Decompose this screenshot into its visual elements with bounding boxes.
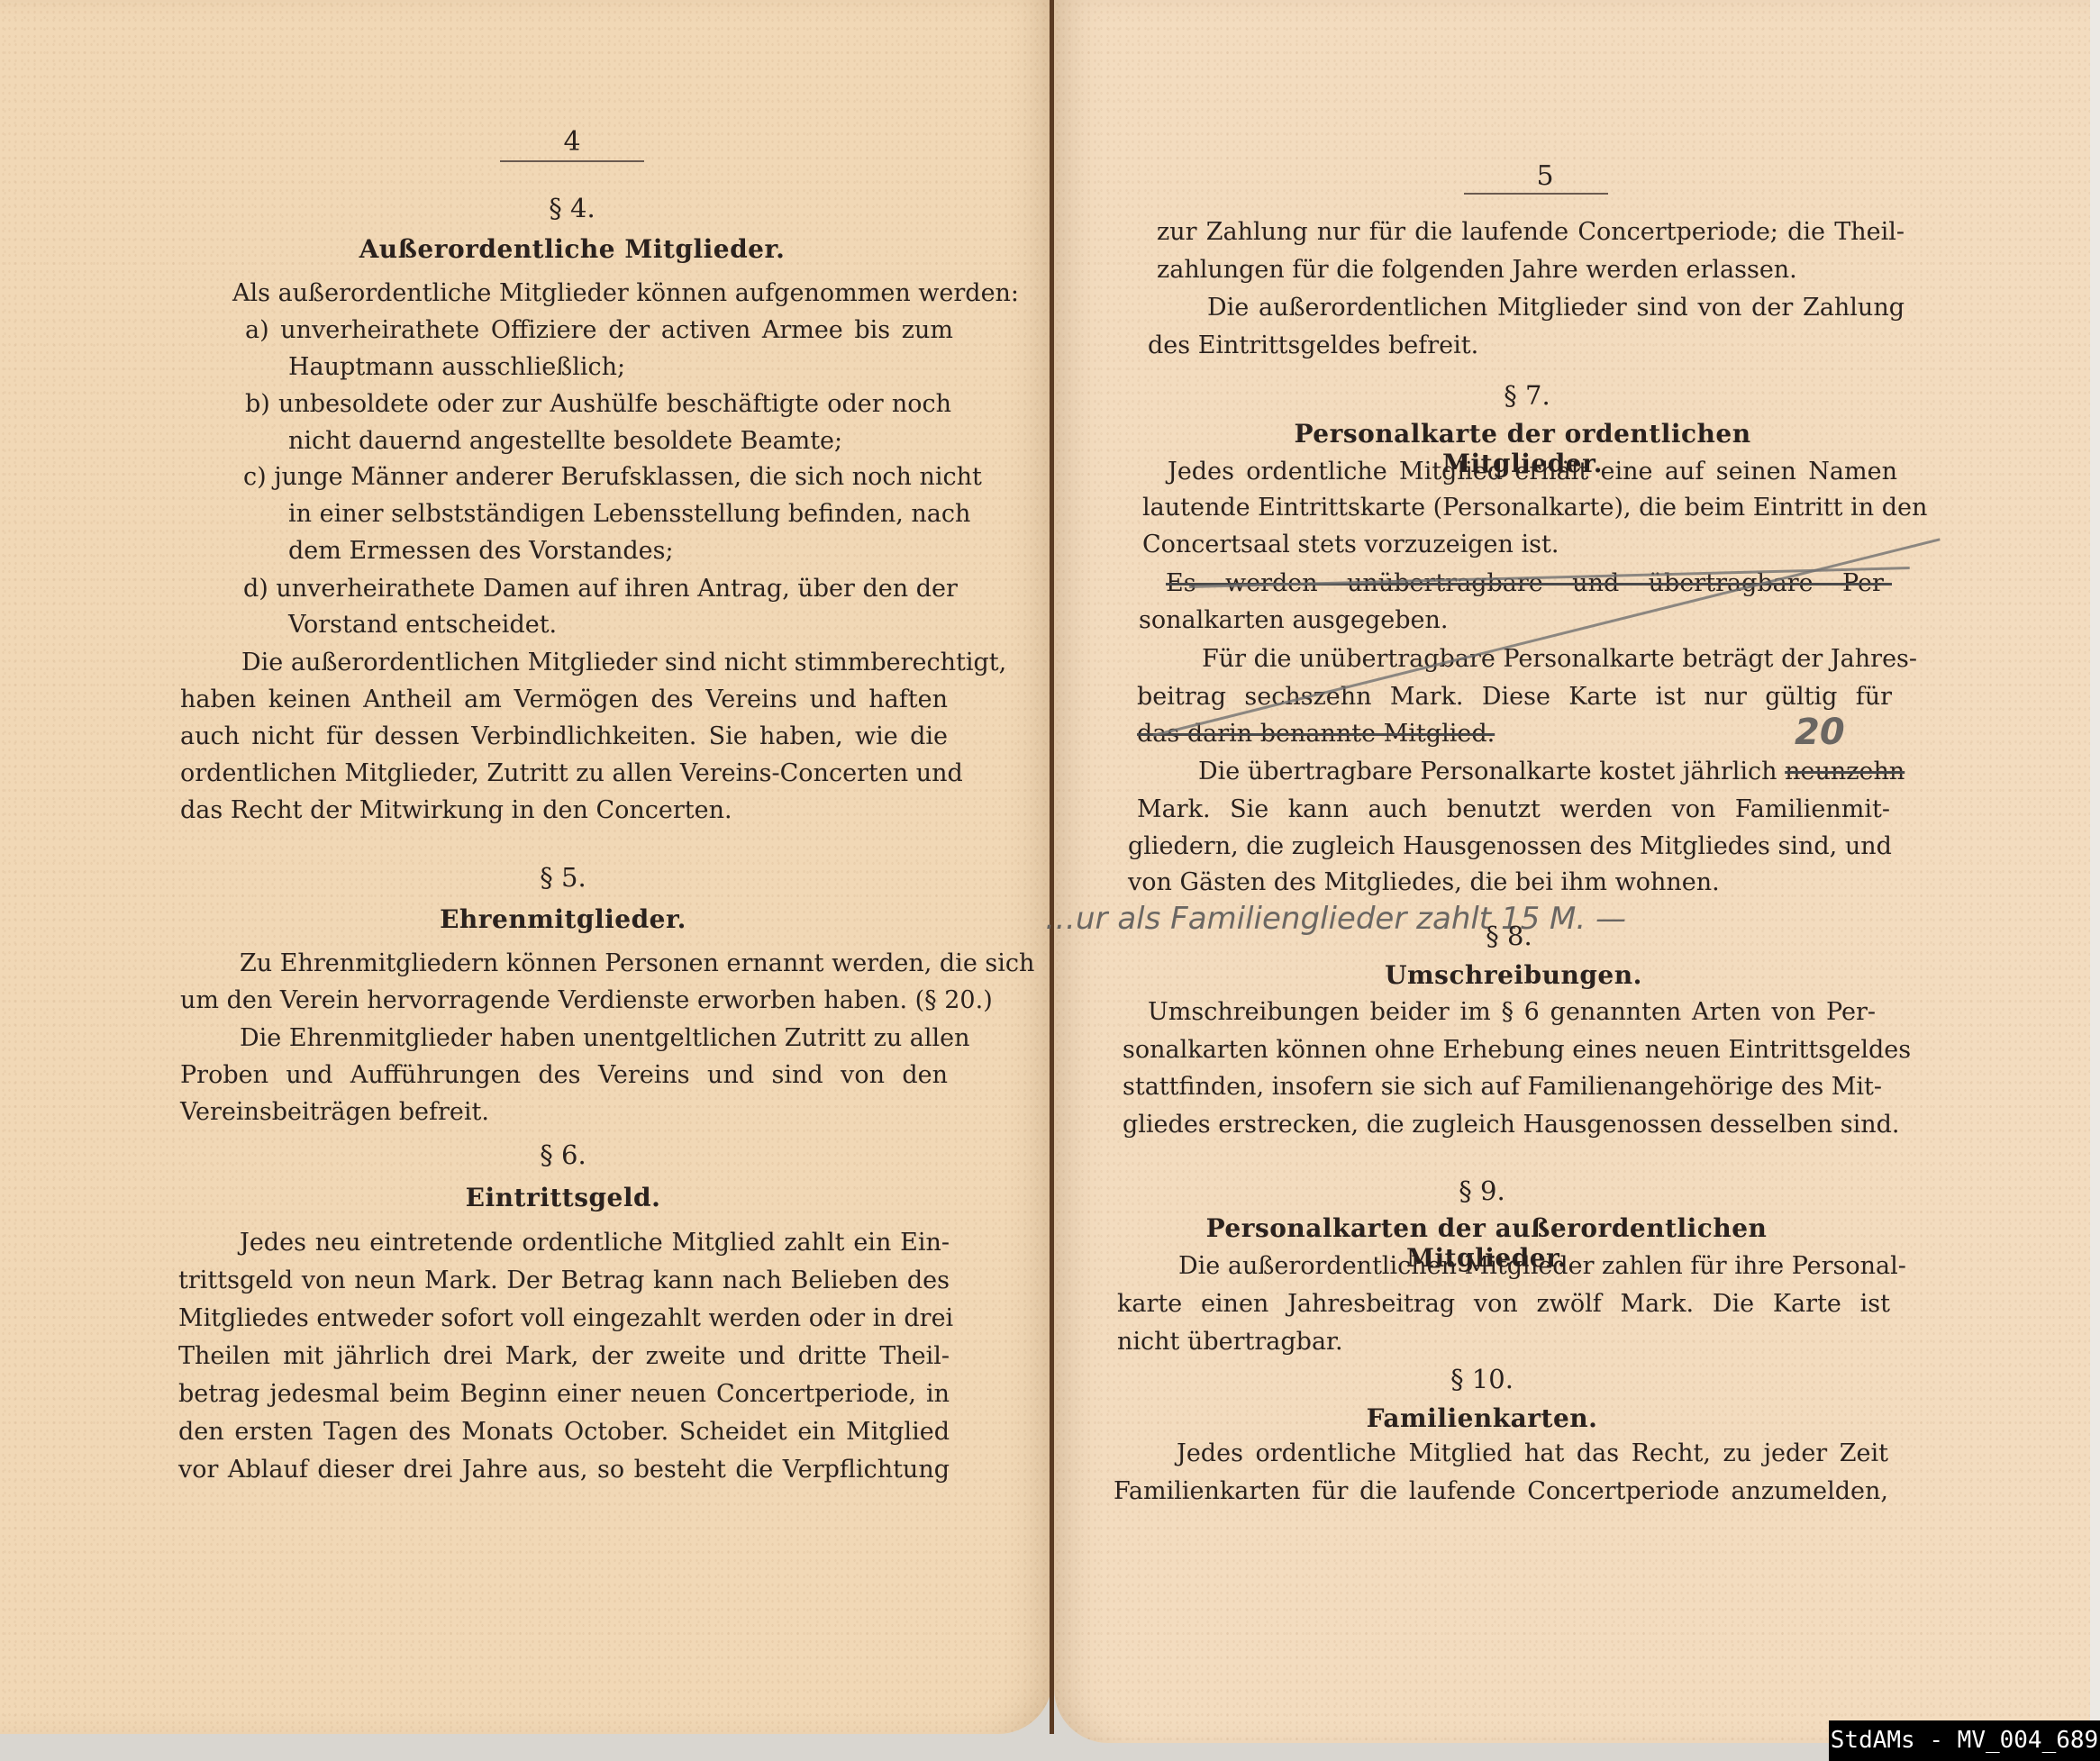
section-number: § 5.	[495, 862, 631, 893]
text-line: c) junge Männer anderer Berufsklassen, d…	[243, 465, 951, 489]
text-line: dem Ermessen des Vorstandes;	[288, 539, 674, 563]
text-line: von Gästen des Mitgliedes, die bei ihm w…	[1128, 870, 1720, 894]
text-line: Die außerordentlichen Mitglieder sind vo…	[1207, 295, 1905, 320]
section-title: Ehrenmitglieder.	[360, 904, 766, 934]
section-number: § 9.	[1414, 1176, 1550, 1206]
section-title: Familienkarten.	[1297, 1403, 1667, 1433]
text-line: Für die unübertragbare Personalkarte bet…	[1202, 647, 1892, 671]
section-number: § 4.	[505, 193, 640, 223]
section-number: § 6.	[495, 1139, 631, 1170]
page-number-left: 4	[505, 126, 640, 158]
text-line: Jedes ordentliche Mitglied hat das Recht…	[1177, 1441, 1888, 1466]
text-line: nicht dauernd angestellte besoldete Beam…	[288, 429, 842, 453]
section-number: § 7.	[1459, 380, 1595, 411]
text-line: Die außerordentlichen Mitglieder zahlen …	[1178, 1254, 1890, 1278]
handwritten-correction: 20	[1795, 712, 1845, 753]
text-line: ordentlichen Mitglieder, Zutritt zu alle…	[180, 761, 948, 785]
page-number-rule-left	[500, 160, 644, 162]
text-line: d) unverheirathete Damen auf ihren Antra…	[243, 576, 951, 601]
text-line: des Eintrittsgeldes befreit.	[1148, 333, 1478, 358]
text-line: Theilen mit jährlich drei Mark, der zwei…	[178, 1344, 950, 1368]
section-number: § 10.	[1414, 1364, 1550, 1394]
section-title: Umschreibungen.	[1333, 960, 1694, 990]
text-line: Proben und Aufführungen des Vereins und …	[180, 1063, 948, 1087]
text-line: sonalkarten können ohne Erhebung eines n…	[1123, 1038, 1876, 1062]
text-line: Jedes neu eintretende ordentliche Mitgli…	[240, 1230, 950, 1255]
text-line: karte einen Jahresbeitrag von zwölf Mark…	[1117, 1292, 1890, 1316]
text-line: Concertsaal stets vorzuzeigen ist.	[1142, 532, 1559, 557]
text-line: Vorstand entscheidet.	[288, 613, 557, 637]
text-line: stattfinden, insofern sie sich auf Famil…	[1123, 1075, 1876, 1099]
text-line: gliedes erstrecken, die zugleich Hausgen…	[1123, 1112, 1899, 1137]
text-line: Die Ehrenmitglieder haben unentgeltliche…	[240, 1026, 948, 1050]
section-title: Außerordentliche Mitglieder.	[270, 234, 874, 264]
archive-watermark-label: StdAMs - MV_004_689	[1829, 1720, 2100, 1761]
text-line: Hauptmann ausschließlich;	[288, 355, 625, 379]
text-line: vor Ablauf dieser drei Jahre aus, so bes…	[178, 1457, 950, 1482]
text-line: b) unbesoldete oder zur Aushülfe beschäf…	[245, 392, 951, 416]
text-line: beitrag sechszehn Mark. Diese Karte ist …	[1137, 685, 1892, 709]
text-line: sonalkarten ausgegeben.	[1139, 608, 1449, 632]
text-line: gliedern, die zugleich Hausgenossen des …	[1128, 834, 1885, 858]
text-line: in einer selbstständigen Lebensstellung …	[288, 502, 950, 526]
text-line: betrag jedesmal beim Beginn einer neuen …	[178, 1382, 950, 1406]
text-segment: Die übertragbare Personalkarte kostet jä…	[1198, 758, 1785, 785]
text-line: Umschreibungen beider im § 6 genannten A…	[1148, 1000, 1876, 1024]
text-line: zur Zahlung nur für die laufende Concert…	[1157, 220, 1905, 244]
book-spine	[1050, 0, 1054, 1734]
text-line: Als außerordentliche Mitglieder können a…	[232, 281, 953, 305]
text-line: das Recht der Mitwirkung in den Concerte…	[180, 798, 732, 822]
page-number-rule-right	[1464, 193, 1608, 195]
text-line: Die übertragbare Personalkarte kostet jä…	[1198, 759, 1905, 784]
text-line: a) unverheirathete Offiziere der activen…	[245, 318, 953, 342]
text-line: den ersten Tagen des Monats October. Sch…	[178, 1420, 950, 1444]
text-line: Jedes ordentliche Mitglied erhält eine a…	[1168, 459, 1897, 484]
text-line: Mark. Sie kann auch benutzt werden von F…	[1137, 797, 1890, 821]
section-number: § 8.	[1441, 921, 1577, 951]
text-line: nicht übertragbar.	[1117, 1330, 1343, 1354]
text-line: lautende Eintrittskarte (Personalkarte),…	[1142, 495, 1897, 520]
struck-word: neunzehn	[1785, 758, 1905, 785]
section-title: Eintrittsgeld.	[360, 1183, 766, 1212]
text-line: Familienkarten für die laufende Concertp…	[1114, 1479, 1888, 1503]
text-line: Die außerordentlichen Mitglieder sind ni…	[241, 650, 948, 675]
text-line: trittsgeld von neun Mark. Der Betrag kan…	[178, 1268, 950, 1293]
text-line: Vereinsbeiträgen befreit.	[180, 1100, 489, 1124]
page-number-right: 5	[1477, 160, 1613, 192]
text-line: um den Verein hervorragende Verdienste e…	[180, 988, 948, 1012]
text-line: haben keinen Antheil am Vermögen des Ver…	[180, 687, 948, 712]
scan-background-edge	[2090, 0, 2100, 1761]
text-line: zahlungen für die folgenden Jahre werden…	[1157, 258, 1797, 282]
text-line: auch nicht für dessen Verbindlichkeiten.…	[180, 724, 948, 749]
text-line: Mitgliedes entweder sofort voll eingezah…	[178, 1306, 950, 1330]
text-line: Zu Ehrenmitgliedern können Personen erna…	[240, 951, 948, 976]
